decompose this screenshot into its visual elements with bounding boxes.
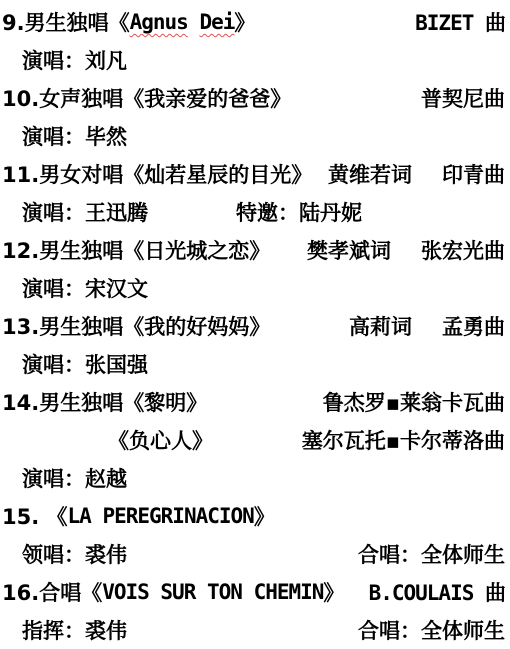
item-10-title: 10.女声独唱《我亲爱的爸爸》 <box>2 83 291 113</box>
item-13-lyricist: 高莉词 <box>349 311 412 341</box>
item-15-performers-line: 领唱： 裘伟 合唱： 全体师生 <box>2 535 505 573</box>
item-11-lyricist: 黄维若词 <box>328 159 412 189</box>
item-13-performer-label: 演唱： <box>22 349 85 379</box>
item-9-song-word-1: Agnus <box>130 10 188 34</box>
item-16-conductor-label: 指挥： <box>22 615 85 645</box>
item-11-performer-name: 王迅腾 <box>85 197 148 227</box>
item-10-title-line: 10.女声独唱《我亲爱的爸爸》 普契尼曲 <box>2 79 505 117</box>
item-16-composer: B.COULAIS 曲 <box>369 577 505 607</box>
item-9-song-word-2: Dei <box>199 10 234 34</box>
item-14-song-2: 《负心人》 <box>108 425 213 455</box>
item-9-title-line: 9.男生独唱《 Agnus Dei 》 BIZET 曲 <box>2 3 505 41</box>
item-11-performer-line: 演唱： 王迅腾 特邀： 陆丹妮 <box>2 193 505 231</box>
item-9-number-type-open: 9.男生独唱《 <box>2 7 130 37</box>
item-15-song-latin: LA PEREGRINACION <box>68 504 254 528</box>
item-11-performer-label: 演唱： <box>22 197 85 227</box>
item-14-performer-name: 赵越 <box>85 463 127 493</box>
item-14-title: 14.男生独唱《黎明》 <box>2 387 207 417</box>
item-10-performer-line: 演唱： 毕然 <box>2 117 505 155</box>
item-9-song-space <box>188 10 200 34</box>
item-10-performer-label: 演唱： <box>22 121 85 151</box>
item-10-performer-name: 毕然 <box>85 121 127 151</box>
item-15-close-bracket: 》 <box>254 501 275 531</box>
item-9-composer: BIZET 曲 <box>415 7 505 37</box>
item-9-close-bracket: 》 <box>234 7 255 37</box>
item-12-performer-label: 演唱： <box>22 273 85 303</box>
item-12-lyricist: 樊孝斌词 <box>307 235 391 265</box>
item-12-performer-line: 演唱： 宋汉文 <box>2 269 505 307</box>
item-15-title-line: 15. 《 LA PEREGRINACION 》 <box>2 497 505 535</box>
item-15-lead-label: 领唱： <box>22 539 85 569</box>
item-12-performer-name: 宋汉文 <box>85 273 148 303</box>
program-document-page: 9.男生独唱《 Agnus Dei 》 BIZET 曲 演唱： 刘凡 10.女声… <box>0 0 510 649</box>
item-16-song-latin: VOIS SUR TON CHEMIN <box>102 580 323 604</box>
item-9-performer-label: 演唱： <box>22 45 85 75</box>
item-14-performer-label: 演唱： <box>22 463 85 493</box>
item-13-composer: 孟勇曲 <box>442 311 505 341</box>
item-15-chorus-label: 合唱： <box>358 539 421 569</box>
item-13-title-line: 13.男生独唱《我的好妈妈》 高莉词 孟勇曲 <box>2 307 505 345</box>
item-16-performers-line: 指挥： 裘伟 合唱： 全体师生 <box>2 611 505 649</box>
item-12-composer: 张宏光曲 <box>421 235 505 265</box>
item-11-credits: 黄维若词 印青曲 <box>328 159 505 189</box>
item-16-title-line: 16.合唱《 VOIS SUR TON CHEMIN 》 B.COULAIS 曲 <box>2 573 505 611</box>
item-11-guest-group: 特邀： 陆丹妮 <box>236 197 362 227</box>
item-14-composer-1: 鲁杰罗▪莱翁卡瓦曲 <box>323 387 505 417</box>
item-13-performer-line: 演唱： 张国强 <box>2 345 505 383</box>
item-16-conductor-name: 裘伟 <box>85 615 127 645</box>
item-13-credits: 高莉词 孟勇曲 <box>349 311 505 341</box>
item-16-chorus-name: 全体师生 <box>421 615 505 645</box>
item-16-chorus-group: 合唱： 全体师生 <box>358 615 505 645</box>
item-16-number-type-open: 16.合唱《 <box>2 577 102 607</box>
item-11-guest-label: 特邀： <box>236 197 299 227</box>
item-12-title-line: 12.男生独唱《日光城之恋》 樊孝斌词 张宏光曲 <box>2 231 505 269</box>
item-14-song-2-line: 《负心人》 塞尔瓦托▪卡尔蒂洛曲 <box>2 421 505 459</box>
item-14-title-line: 14.男生独唱《黎明》 鲁杰罗▪莱翁卡瓦曲 <box>2 383 505 421</box>
item-9-performer-line: 演唱： 刘凡 <box>2 41 505 79</box>
item-14-performer-line: 演唱： 赵越 <box>2 459 505 497</box>
item-15-lead-name: 裘伟 <box>85 539 127 569</box>
item-16-close-bracket: 》 <box>323 577 344 607</box>
item-15-chorus-name: 全体师生 <box>421 539 505 569</box>
item-13-title: 13.男生独唱《我的好妈妈》 <box>2 311 270 341</box>
item-14-composer-2: 塞尔瓦托▪卡尔蒂洛曲 <box>302 425 505 455</box>
item-11-title: 11.男女对唱《灿若星辰的目光》 <box>2 159 312 189</box>
item-16-chorus-label: 合唱： <box>358 615 421 645</box>
item-15-number-open: 15. 《 <box>2 501 68 531</box>
item-12-credits: 樊孝斌词 张宏光曲 <box>307 235 505 265</box>
item-15-chorus-group: 合唱： 全体师生 <box>358 539 505 569</box>
item-11-composer: 印青曲 <box>442 159 505 189</box>
item-12-title: 12.男生独唱《日光城之恋》 <box>2 235 270 265</box>
item-9-performer-name: 刘凡 <box>85 45 127 75</box>
item-11-title-line: 11.男女对唱《灿若星辰的目光》 黄维若词 印青曲 <box>2 155 505 193</box>
item-10-composer: 普契尼曲 <box>421 83 505 113</box>
item-11-guest-name: 陆丹妮 <box>299 197 362 227</box>
item-13-performer-name: 张国强 <box>85 349 148 379</box>
